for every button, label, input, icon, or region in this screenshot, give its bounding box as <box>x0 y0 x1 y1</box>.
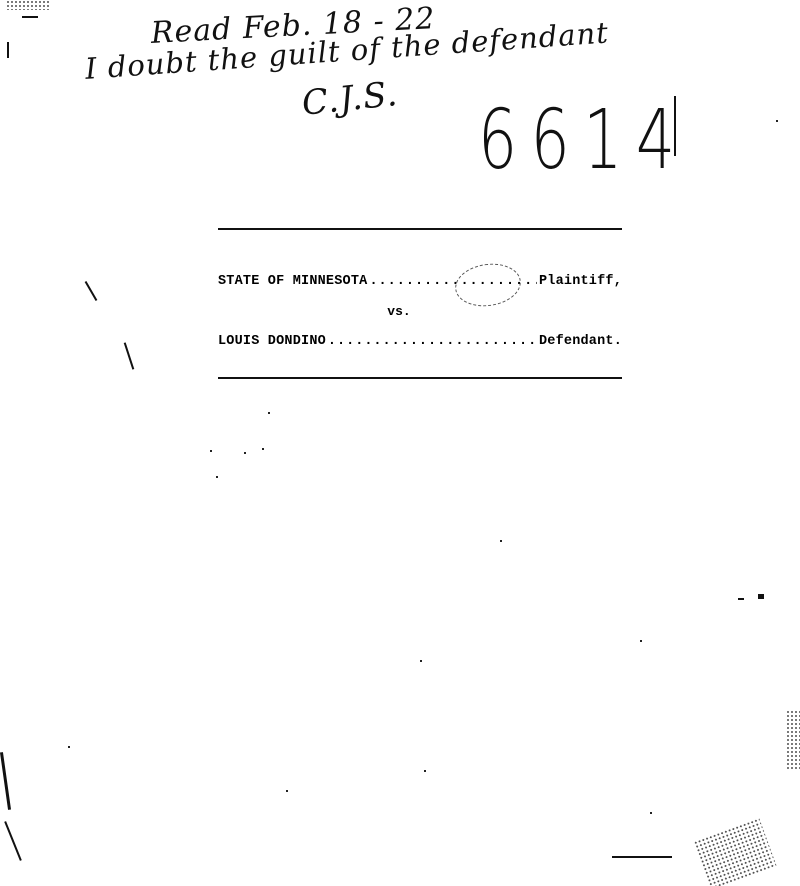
speck <box>650 812 652 814</box>
stray-mark <box>674 96 676 156</box>
speck <box>210 450 212 452</box>
stray-mark <box>612 856 672 858</box>
speck <box>216 476 218 478</box>
stray-mark <box>85 281 98 301</box>
edge-smudge <box>786 710 800 770</box>
caption-versus: vs. <box>218 304 580 319</box>
stray-mark <box>758 594 764 599</box>
speck <box>424 770 426 772</box>
stray-mark <box>124 342 135 369</box>
document-page: Read Feb. 18 - 22 I doubt the guilt of t… <box>0 0 800 886</box>
stray-mark <box>7 42 9 58</box>
speck <box>268 412 270 414</box>
stray-mark <box>22 16 38 18</box>
speck <box>286 790 288 792</box>
speck <box>500 540 502 542</box>
speck <box>640 640 642 642</box>
pencil-circle-mark <box>452 260 523 311</box>
caption-defendant-line: LOUIS DONDINO Defendant. <box>218 334 622 349</box>
corner-smudge <box>6 0 51 10</box>
plaintiff-name: STATE OF MINNESOTA <box>218 274 367 289</box>
speck <box>420 660 422 662</box>
dot-leader <box>328 334 537 349</box>
speck <box>68 746 70 748</box>
caption-top-rule <box>218 228 622 230</box>
speck <box>244 452 246 454</box>
defendant-name: LOUIS DONDINO <box>218 334 326 349</box>
margin-stroke <box>4 821 22 861</box>
case-number: 6614 <box>478 100 689 182</box>
speck <box>262 448 264 450</box>
caption-plaintiff-line: STATE OF MINNESOTA Plaintiff, <box>218 274 622 289</box>
stray-mark <box>738 598 744 600</box>
margin-stroke <box>0 752 11 810</box>
defendant-role: Defendant. <box>539 334 622 349</box>
speck <box>776 120 778 122</box>
caption-bottom-rule <box>218 377 622 379</box>
corner-smudge <box>693 818 777 886</box>
plaintiff-role: Plaintiff, <box>539 274 622 289</box>
handwritten-initials: C.J.S. <box>300 74 400 124</box>
